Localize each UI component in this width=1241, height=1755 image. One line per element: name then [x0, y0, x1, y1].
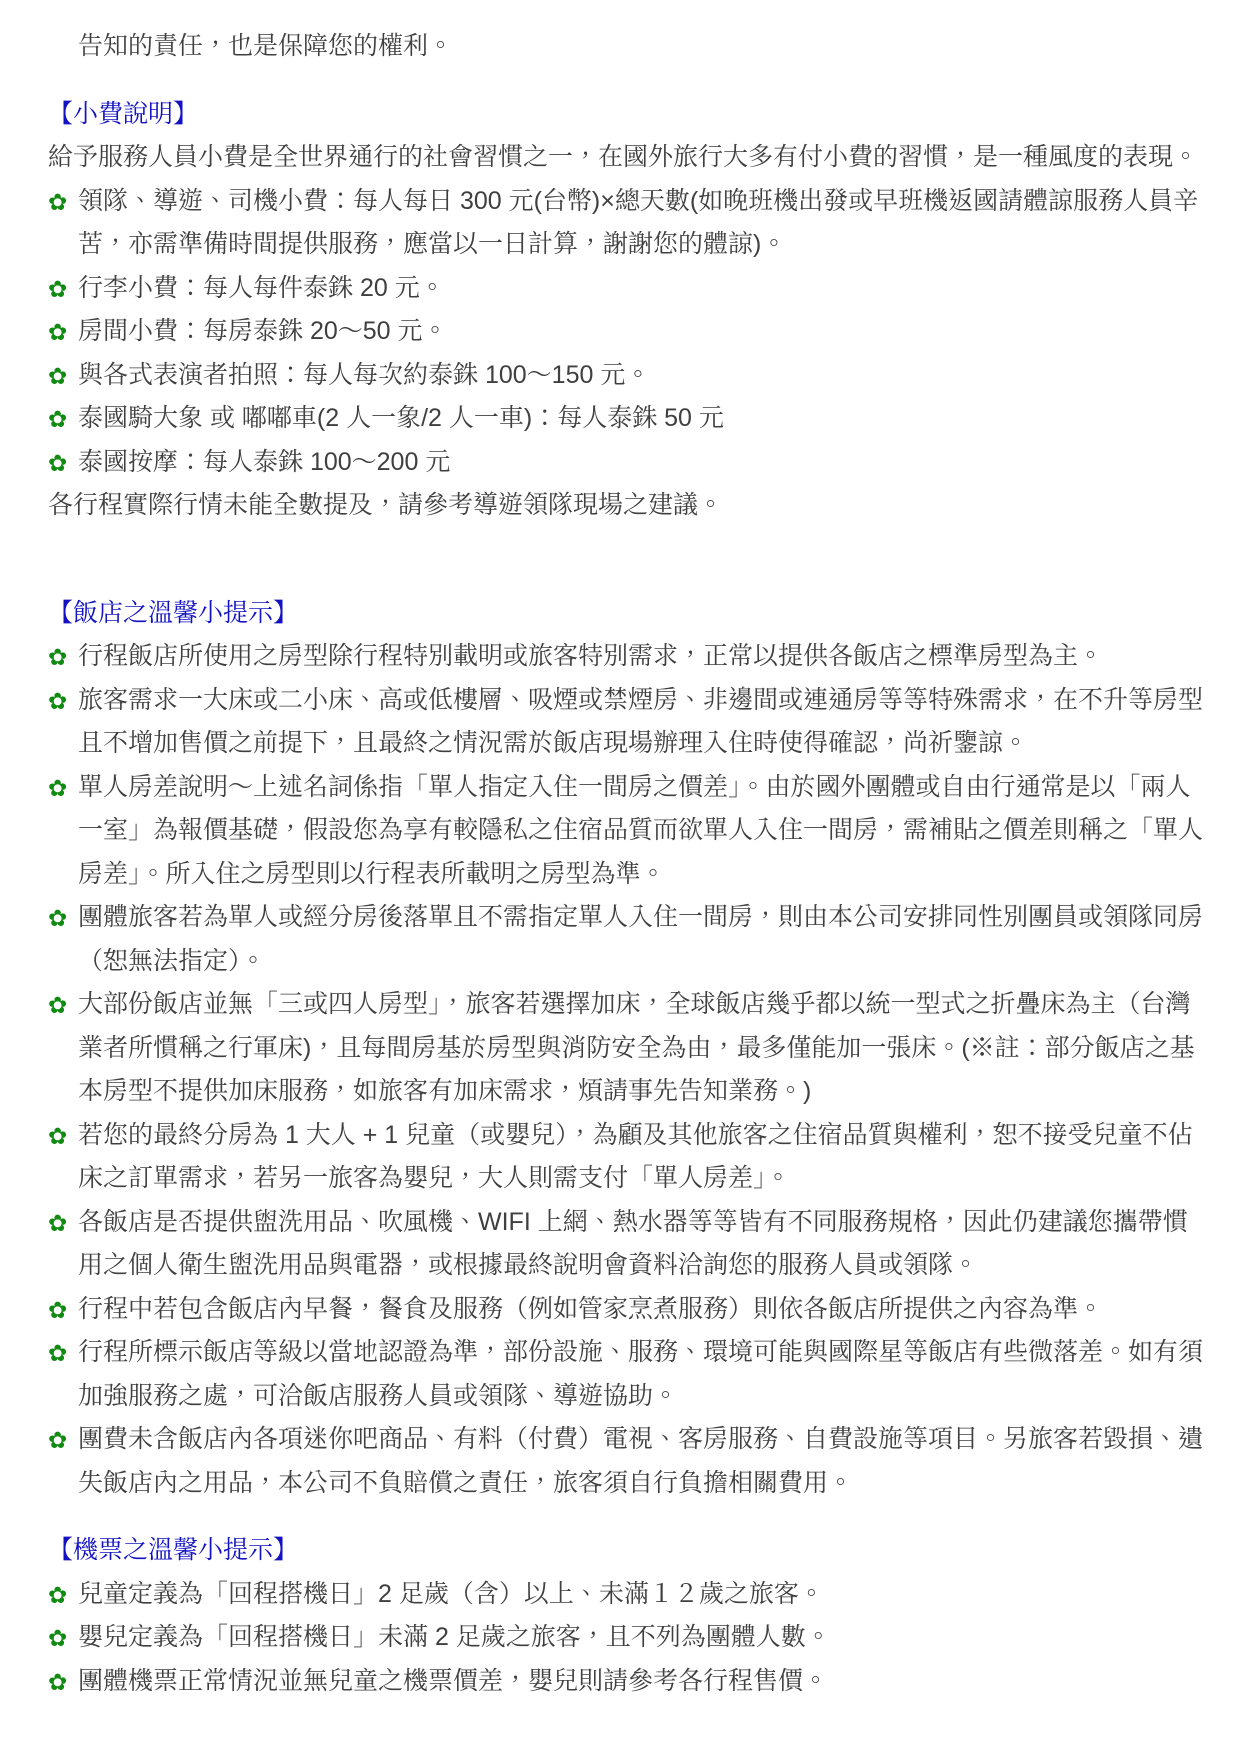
- tipping-footer-text: 各行程實際行情未能全數提及，請參考導遊領隊現場之建議。: [48, 484, 1207, 528]
- hotel-item-text: 旅客需求一大床或二小床、高或低樓層、吸煙或禁煙房、非邊間或連通房等等特殊需求，在…: [78, 686, 1203, 758]
- travel-notes-document: 告知的責任，也是保障您的權利。 【小費說明】 給予服務人員小費是全世界通行的社會…: [0, 0, 1241, 1703]
- hotel-list-item: ✿ 行程所標示飯店等級以當地認證為準，部份設施、服務、環境可能與國際星等飯店有些…: [48, 1331, 1207, 1418]
- section-title-hotel: 【飯店之溫馨小提示】: [48, 592, 1207, 636]
- hotel-list-item: ✿ 團體旅客若為單人或經分房後落單且不需指定單人入住一間房，則由本公司安排同性別…: [48, 896, 1207, 983]
- flower-bullet-icon: ✿: [48, 1661, 67, 1705]
- hotel-list-item: ✿ 大部份飯店並無「三或四人房型」，旅客若選擇加床，全球飯店幾乎都以統一型式之折…: [48, 983, 1207, 1114]
- flower-bullet-icon: ✿: [48, 767, 67, 811]
- section-spacer: [48, 528, 1207, 568]
- hotel-item-text: 行程所標示飯店等級以當地認證為準，部份設施、服務、環境可能與國際星等飯店有些微落…: [78, 1338, 1203, 1410]
- tip-list-item: ✿ 行李小費：每人每件泰銖 20 元。: [48, 267, 1207, 311]
- tip-item-text: 行李小費：每人每件泰銖 20 元。: [78, 274, 445, 302]
- flower-bullet-icon: ✿: [48, 636, 67, 680]
- flower-bullet-icon: ✿: [48, 355, 67, 399]
- hotel-list-item: ✿ 行程飯店所使用之房型除行程特別載明或旅客特別需求，正常以提供各飯店之標準房型…: [48, 635, 1207, 679]
- tip-list-item: ✿ 泰國騎大象 或 嘟嘟車(2 人一象/2 人一車)：每人泰銖 50 元: [48, 397, 1207, 441]
- hotel-list-item: ✿ 各飯店是否提供盥洗用品、吹風機、WIFI 上網、熱水器等等皆有不同服務規格，…: [48, 1201, 1207, 1288]
- flight-item-text: 嬰兒定義為「回程搭機日」未滿 2 足歲之旅客，且不列為團體人數。: [78, 1623, 831, 1651]
- flower-bullet-icon: ✿: [48, 398, 67, 442]
- hotel-item-text: 若您的最終分房為 1 大人 + 1 兒童（或嬰兒），為顧及其他旅客之住宿品質與權…: [78, 1121, 1193, 1193]
- hotel-item-text: 團體旅客若為單人或經分房後落單且不需指定單人入住一間房，則由本公司安排同性別團員…: [78, 903, 1203, 975]
- tip-list-item: ✿ 領隊、導遊、司機小費：每人每日 300 元(台幣)×總天數(如晚班機出發或早…: [48, 180, 1207, 267]
- flower-bullet-icon: ✿: [48, 1289, 67, 1333]
- flower-bullet-icon: ✿: [48, 442, 67, 486]
- hotel-item-text: 單人房差說明～上述名詞係指「單人指定入住一間房之價差」。由於國外團體或自由行通常…: [78, 773, 1203, 888]
- tip-item-text: 泰國按摩：每人泰銖 100～200 元: [78, 448, 450, 476]
- flower-bullet-icon: ✿: [48, 897, 67, 941]
- hotel-list-item: ✿ 若您的最終分房為 1 大人 + 1 兒童（或嬰兒），為顧及其他旅客之住宿品質…: [48, 1114, 1207, 1201]
- flight-list-item: ✿ 團體機票正常情況並無兒童之機票價差，嬰兒則請參考各行程售價。: [48, 1660, 1207, 1704]
- intro-text: 告知的責任，也是保障您的權利。: [78, 25, 1207, 69]
- flight-list-item: ✿ 兒童定義為「回程搭機日」2 足歲（含）以上、未滿１２歲之旅客。: [48, 1573, 1207, 1617]
- hotel-list-item: ✿ 團費未含飯店內各項迷你吧商品、有料（付費）電視、客房服務、自費設施等項目。另…: [48, 1418, 1207, 1505]
- flower-bullet-icon: ✿: [48, 1115, 67, 1159]
- flight-list-item: ✿ 嬰兒定義為「回程搭機日」未滿 2 足歲之旅客，且不列為團體人數。: [48, 1616, 1207, 1660]
- flower-bullet-icon: ✿: [48, 1332, 67, 1376]
- tip-item-text: 領隊、導遊、司機小費：每人每日 300 元(台幣)×總天數(如晚班機出發或早班機…: [78, 187, 1198, 259]
- hotel-list-item: ✿ 單人房差說明～上述名詞係指「單人指定入住一間房之價差」。由於國外團體或自由行…: [48, 766, 1207, 897]
- flower-bullet-icon: ✿: [48, 984, 67, 1028]
- flower-bullet-icon: ✿: [48, 680, 67, 724]
- flower-bullet-icon: ✿: [48, 1419, 67, 1463]
- tipping-lead-text: 給予服務人員小費是全世界通行的社會習慣之一，在國外旅行大多有付小費的習慣，是一種…: [48, 136, 1207, 180]
- hotel-list-item: ✿ 行程中若包含飯店內早餐，餐食及服務（例如管家烹煮服務）則依各飯店所提供之內容…: [48, 1288, 1207, 1332]
- hotel-item-text: 各飯店是否提供盥洗用品、吹風機、WIFI 上網、熱水器等等皆有不同服務規格，因此…: [78, 1208, 1188, 1280]
- tip-list-item: ✿ 泰國按摩：每人泰銖 100～200 元: [48, 441, 1207, 485]
- flight-item-text: 團體機票正常情況並無兒童之機票價差，嬰兒則請參考各行程售價。: [78, 1667, 828, 1695]
- hotel-item-text: 大部份飯店並無「三或四人房型」，旅客若選擇加床，全球飯店幾乎都以統一型式之折疊床…: [78, 990, 1195, 1105]
- section-title-flight: 【機票之溫馨小提示】: [48, 1529, 1207, 1573]
- flight-item-text: 兒童定義為「回程搭機日」2 足歲（含）以上、未滿１２歲之旅客。: [78, 1580, 824, 1608]
- section-title-tipping: 【小費說明】: [48, 93, 1207, 137]
- tip-item-text: 房間小費：每房泰銖 20～50 元。: [78, 317, 448, 345]
- tip-item-text: 泰國騎大象 或 嘟嘟車(2 人一象/2 人一車)：每人泰銖 50 元: [78, 404, 724, 432]
- tip-item-text: 與各式表演者拍照：每人每次約泰銖 100～150 元。: [78, 361, 650, 389]
- hotel-item-text: 行程飯店所使用之房型除行程特別載明或旅客特別需求，正常以提供各飯店之標準房型為主…: [78, 642, 1103, 670]
- hotel-list-item: ✿ 旅客需求一大床或二小床、高或低樓層、吸煙或禁煙房、非邊間或連通房等等特殊需求…: [48, 679, 1207, 766]
- hotel-item-text: 團費未含飯店內各項迷你吧商品、有料（付費）電視、客房服務、自費設施等項目。另旅客…: [78, 1425, 1203, 1497]
- hotel-item-text: 行程中若包含飯店內早餐，餐食及服務（例如管家烹煮服務）則依各飯店所提供之內容為準…: [78, 1295, 1103, 1323]
- flower-bullet-icon: ✿: [48, 311, 67, 355]
- tip-list-item: ✿ 房間小費：每房泰銖 20～50 元。: [48, 310, 1207, 354]
- flower-bullet-icon: ✿: [48, 1617, 67, 1661]
- flower-bullet-icon: ✿: [48, 1574, 67, 1618]
- tip-list-item: ✿ 與各式表演者拍照：每人每次約泰銖 100～150 元。: [48, 354, 1207, 398]
- flower-bullet-icon: ✿: [48, 181, 67, 225]
- flower-bullet-icon: ✿: [48, 268, 67, 312]
- flower-bullet-icon: ✿: [48, 1202, 67, 1246]
